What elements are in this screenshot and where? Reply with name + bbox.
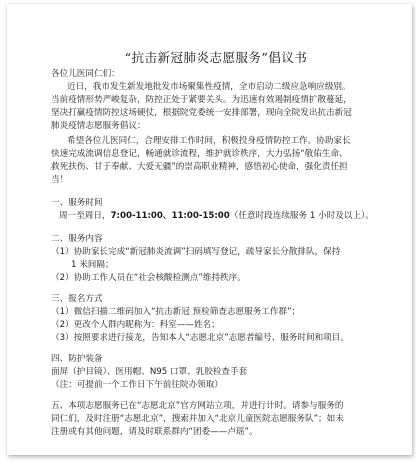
list-item: （1）协助家长完成“新冠肺炎流调”扫码填写登记，疏导家长分散排队，保持 (51, 246, 391, 259)
hope-paragraph: 希望各位儿医同仁，合理安排工作时间，积极投身疫情防控工作。协助家长 快速完成流调… (51, 135, 391, 187)
service-time-prefix: 周一至周日， (59, 211, 111, 221)
service-time-line: 周一至周日，7:00-11:00、11:00-15:00（任意时段连续服务 1 … (51, 210, 391, 223)
notice-line: 注册或有其他问题，请及时联系群内“团委——卢瑶”。 (51, 426, 391, 439)
section-heading: 一、服务时间 (51, 197, 391, 210)
list-item: （2）协助工作人员在“社会核酸检测点”维持秩序。 (51, 272, 391, 285)
salutation: 各位儿医同仁们： (51, 68, 391, 81)
intro-line: 坚决打赢疫情防控这场硬仗，根据院党委统一安排部署，现向全院发出抗击新冠 (51, 107, 391, 120)
section-service-time: 一、服务时间 周一至周日，7:00-11:00、11:00-15:00（任意时段… (51, 197, 391, 223)
section-heading: 二、服务内容 (51, 233, 391, 246)
hope-line: 希望各位儿医同仁，合理安排工作时间，积极投身疫情防控工作。协助家长 (51, 135, 391, 148)
service-time-suffix: （任意时段连续服务 1 小时及以上）。 (230, 211, 374, 221)
section-heading: 五、本项志愿服务已在“志愿北京”官方网站立项，并进行计时。请参与服务的 (51, 400, 391, 413)
list-item: （1）微信扫描二维码加入“抗击新冠 预检筛查志愿服务工作群”； (51, 306, 391, 319)
intro-paragraph: 近日，我市发生新发地批发市场聚集性疫情，全市启动二级应急响应级别。 当前疫情形势… (51, 81, 391, 133)
section-registration-notice: 五、本项志愿服务已在“志愿北京”官方网站立项，并进行计时。请参与服务的 同仁们，… (51, 400, 391, 439)
document-title: “抗击新冠肺炎志愿服务”倡议书 (51, 48, 381, 66)
section-heading: 四、防护装备 (51, 353, 391, 366)
equipment-list: 面屏（护目镜）、医用帽、N95 口罩、乳胶检查手套 (51, 366, 391, 379)
section-service-content: 二、服务内容 （1）协助家长完成“新冠肺炎流调”扫码填写登记，疏导家长分散排队，… (51, 233, 391, 285)
hope-line: 当！ (51, 174, 391, 187)
section-registration: 三、报名方式 （1）微信扫描二维码加入“抗击新冠 预检筛查志愿服务工作群”； （… (51, 293, 391, 345)
intro-line: 肺炎疫情志愿服务倡议： (51, 120, 391, 133)
section-protective-equipment: 四、防护装备 面屏（护目镜）、医用帽、N95 口罩、乳胶检查手套 （注：可提前一… (51, 353, 391, 392)
list-item: （3）按照要求进行接龙，告知本人“志愿北京”志愿者编号、服务时间和项目。 (51, 332, 391, 345)
intro-line: 近日，我市发生新发地批发市场聚集性疫情，全市启动二级应急响应级别。 (51, 81, 391, 94)
list-item-continuation: 1 米间隔； (51, 259, 391, 272)
hope-line: 救死扶伤、甘于奉献、大爱无疆”的崇高职业精神，感悟初心使命，强化责任担 (51, 161, 391, 174)
document-page: “抗击新冠肺炎志愿服务”倡议书 各位儿医同仁们： 近日，我市发生新发地批发市场聚… (7, 4, 412, 455)
intro-line: 当前疫情形势严峻复杂，防控正处于紧要关头。为迅速有效遏制疫情扩散蔓延， (51, 94, 391, 107)
hope-line: 快速完成流调信息登记，畅通就诊流程，维护就诊秩序，大力弘扬“敬佑生命、 (51, 148, 391, 161)
notice-line: 同仁们，及时注册“志愿北京”，搜索并加入“北京儿童医院志愿服务队”；如未 (51, 413, 391, 426)
equipment-note: （注：可提前一个工作日下午前往院办领取） (51, 379, 391, 392)
section-heading: 三、报名方式 (51, 293, 391, 306)
service-time-hours: 7:00-11:00、11:00-15:00 (111, 211, 230, 221)
list-item: （2）更改个人群内昵称为：科室——姓名； (51, 319, 391, 332)
